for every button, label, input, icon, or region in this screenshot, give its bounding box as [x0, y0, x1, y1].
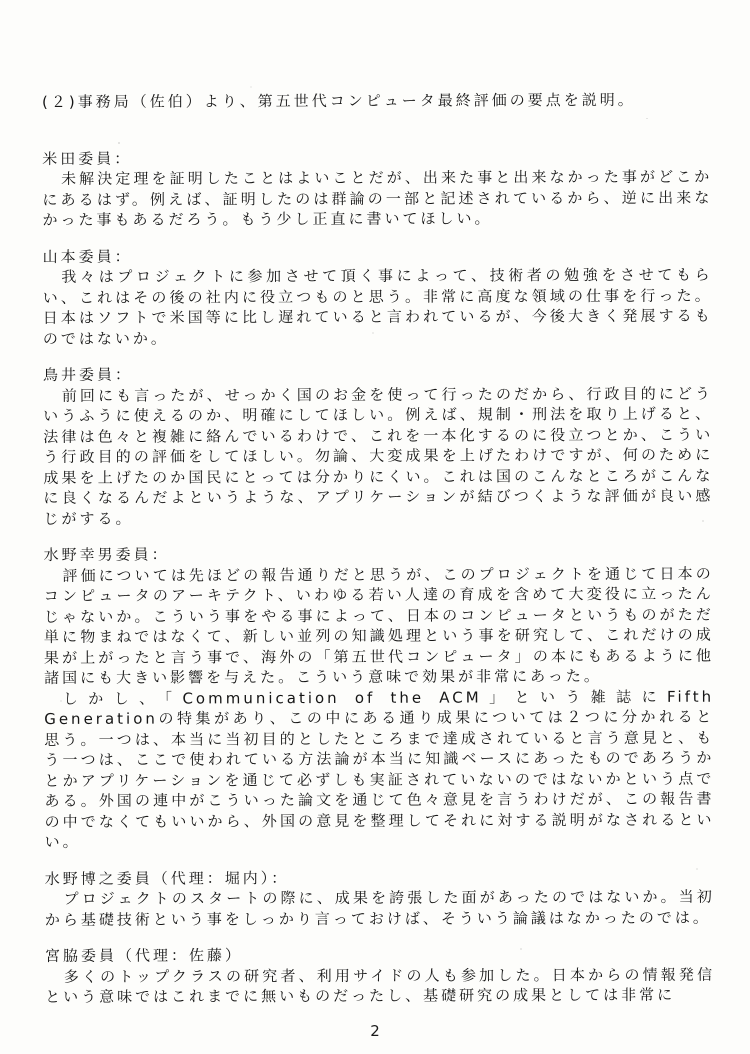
- agenda-item-line: (２)事務局（佐伯）より、第五世代コンピュータ最終評価の要点を説明。: [42, 90, 712, 113]
- speaker-heading: 水野幸男委員：: [44, 543, 714, 566]
- speaker-heading: 宮脇委員（代理：佐藤）: [45, 944, 715, 967]
- statement-section-yamamoto: 山本委員： 我々はプロジェクトに参加させて頂く事によって、技術者の勉強をさせても…: [43, 244, 713, 349]
- scanned-document-page: (２)事務局（佐伯）より、第五世代コンピュータ最終評価の要点を説明。 米田委員：…: [0, 0, 750, 1054]
- page-number: 2: [0, 1022, 750, 1040]
- statement-section-yoneda: 米田委員： 未解決定理を証明したことはよいことだが、出来た事と出来なかった事がど…: [42, 146, 712, 230]
- statement-section-torii: 鳥井委員： 前回にも言ったが、せっかく国のお金を使って行ったのだから、行政目的に…: [43, 363, 714, 529]
- statement-paragraph: 未解決定理を証明したことはよいことだが、出来た事と出来なかった事がどこかにあるは…: [42, 167, 712, 231]
- statement-section-mizuno-hiroyuki: 水野博之委員（代理：堀内）： プロジェクトのスタートの際に、成果を誇張した面があ…: [45, 866, 715, 930]
- statement-paragraph: プロジェクトのスタートの際に、成果を誇張した面があったのではないか。当初から基礎…: [45, 887, 715, 930]
- statement-paragraph: 評価については先ほどの報告通りだと思うが、このプロジェクトを通じて日本のコンピュ…: [44, 563, 714, 688]
- speaker-heading: 鳥井委員：: [43, 363, 713, 386]
- speaker-heading: 水野博之委員（代理：堀内）：: [45, 866, 715, 889]
- statement-section-miyawaki: 宮脇委員（代理：佐藤） 多くのトップクラスの研究者、利用サイドの人も参加した。日…: [45, 944, 715, 1008]
- statement-paragraph: 多くのトップクラスの研究者、利用サイドの人も参加した。日本からの情報発信という意…: [45, 964, 715, 1007]
- scan-speckle: [250, 86, 252, 88]
- document-body: (２)事務局（佐伯）より、第五世代コンピュータ最終評価の要点を説明。 米田委員：…: [42, 90, 715, 1024]
- statement-section-mizuno-yukio: 水野幸男委員： 評価については先ほどの報告通りだと思うが、このプロジェクトを通じ…: [44, 543, 715, 853]
- statement-paragraph: しかし、「Communication of the ACM」という雑誌にFift…: [44, 686, 715, 852]
- speaker-heading: 米田委員：: [42, 146, 712, 169]
- speaker-heading: 山本委員：: [43, 244, 713, 267]
- statement-paragraph: 前回にも言ったが、せっかく国のお金を使って行ったのだから、行政目的にどういうふう…: [43, 383, 713, 529]
- statement-paragraph: 我々はプロジェクトに参加させて頂く事によって、技術者の勉強をさせてもらい、これは…: [43, 265, 713, 349]
